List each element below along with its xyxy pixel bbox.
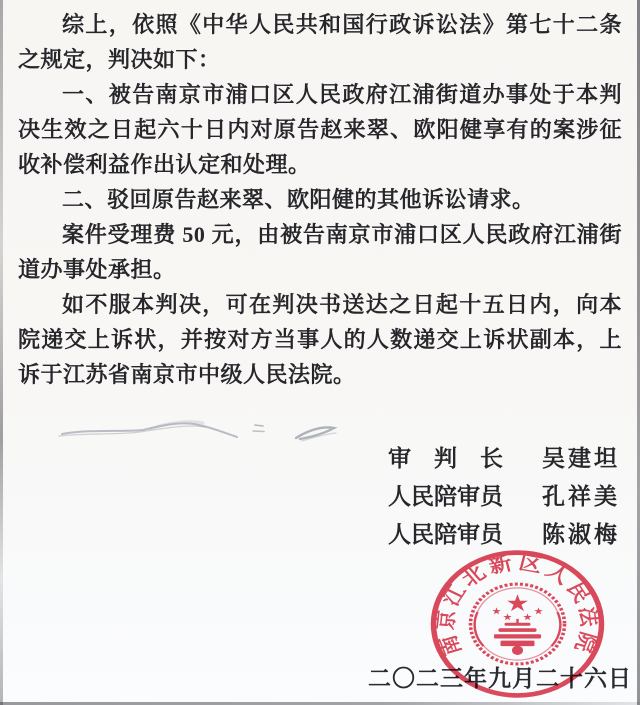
national-emblem-icon — [471, 584, 565, 664]
scan-edge-left — [0, 0, 3, 705]
signature-row-assessor-1: 人民陪审员 孔祥美 — [388, 478, 620, 516]
signature-role: 审 判 长 — [388, 440, 508, 478]
paragraph-court-fee: 案件受理费 50 元，由被告南京市浦口区人民政府江浦街道办事处承担。 — [18, 217, 622, 287]
court-seal: 南京江北新区人民法院 — [429, 546, 606, 701]
judgment-body: 综上，依照《中华人民共和国行政诉讼法》第七十二条之规定，判决如下： 一、被告南京… — [0, 0, 640, 392]
paragraph-appeal-rights: 如不服本判决，可在判决书送达之日起十五日内，向本院递交上诉状，并按对方当事人的人… — [18, 287, 622, 392]
pen-smudge-artifact — [55, 406, 355, 456]
signature-name: 孔祥美 — [542, 478, 620, 516]
paragraph-ruling-basis: 综上，依照《中华人民共和国行政诉讼法》第七十二条之规定，判决如下： — [18, 7, 622, 77]
signature-role: 人民陪审员 — [388, 478, 508, 516]
signature-block: 审 判 长 吴建坦 人民陪审员 孔祥美 人民陪审员 陈淑梅 — [388, 440, 620, 554]
court-judgment-scan: 综上，依照《中华人民共和国行政诉讼法》第七十二条之规定，判决如下： 一、被告南京… — [0, 0, 640, 705]
signature-row-presiding-judge: 审 判 长 吴建坦 — [388, 440, 620, 478]
paragraph-judgment-item-1: 一、被告南京市浦口区人民政府江浦街道办事处于本判决生效之日起六十日内对原告赵来翠… — [18, 77, 622, 182]
signature-name: 吴建坦 — [542, 440, 620, 478]
paragraph-judgment-item-2: 二、驳回原告赵来翠、欧阳健的其他诉讼请求。 — [18, 182, 622, 217]
